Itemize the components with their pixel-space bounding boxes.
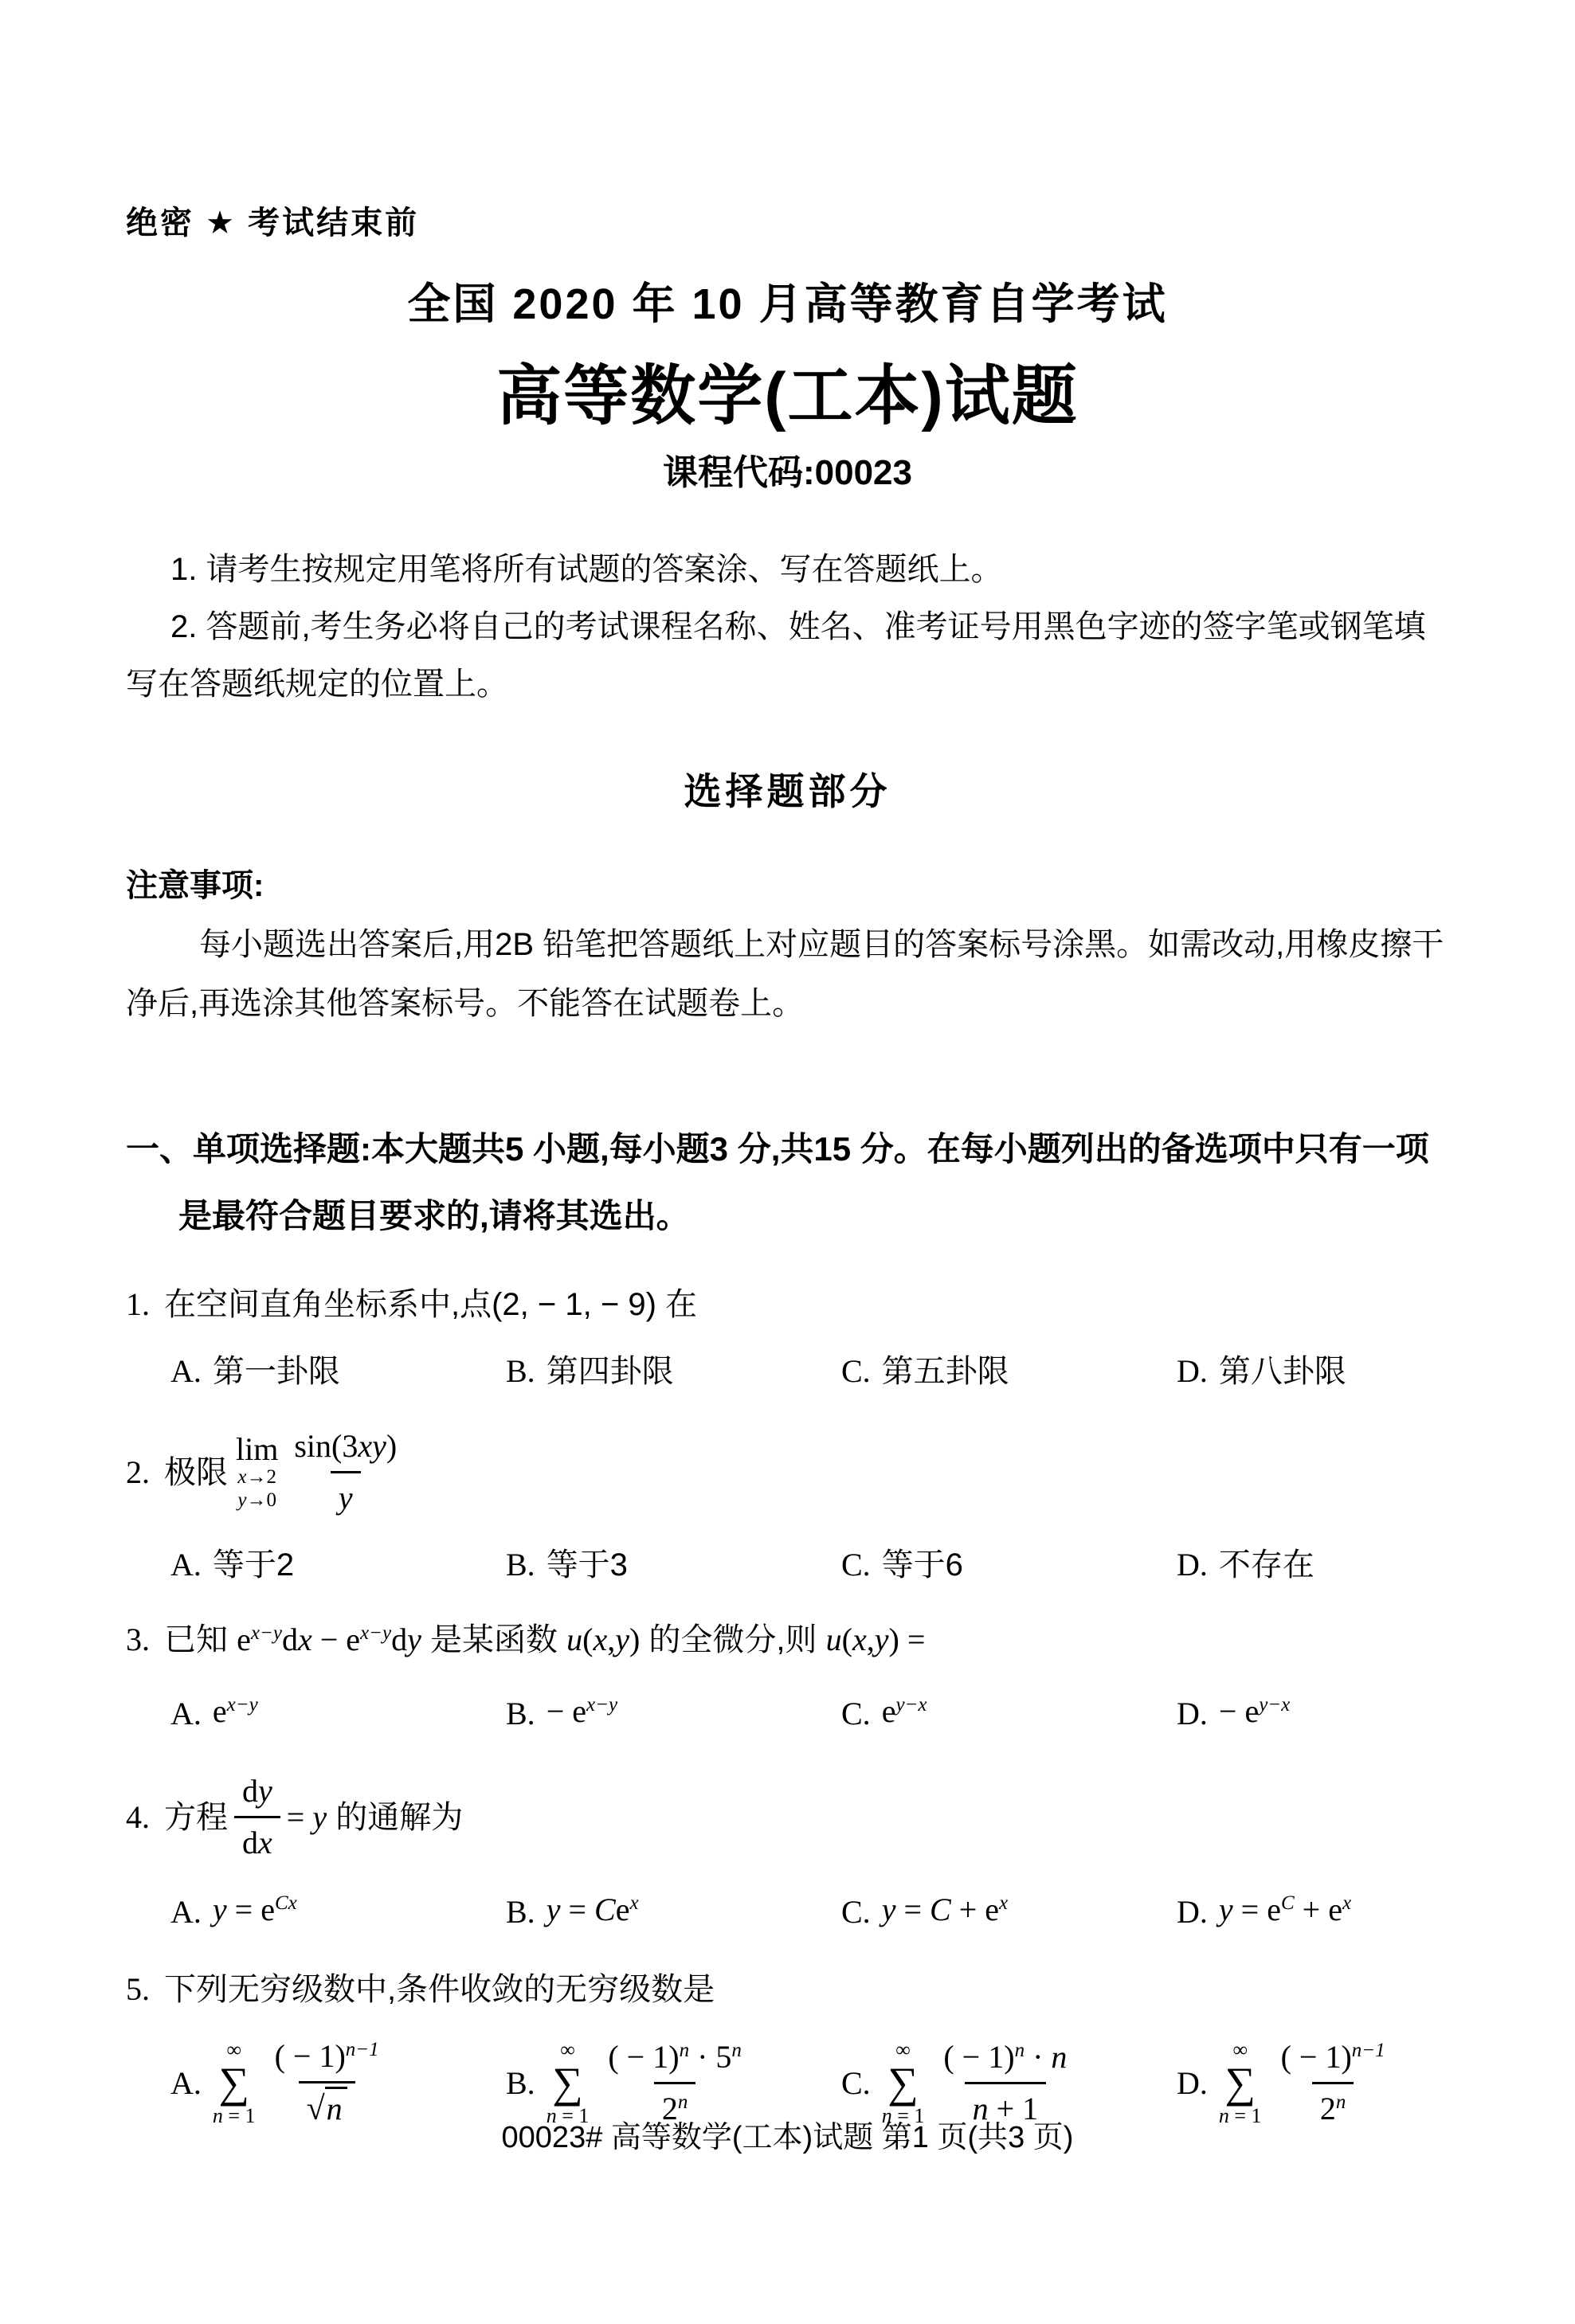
exam-title: 全国 2020 年 10 月高等教育自学考试 xyxy=(126,270,1449,331)
question-2-options: A. 等于2 B. 等于3 C. 等于6 D. 不存在 xyxy=(170,1545,1449,1585)
instruction-2: 2. 答题前,考生务必将自己的考试课程名称、姓名、准考证号用黑色字迹的签字笔或钢… xyxy=(126,598,1449,713)
option-5d-label: D. xyxy=(1177,2064,1208,2103)
option-1c: C. 第五卦限 xyxy=(841,1352,1177,1391)
option-1c-text: 第五卦限 xyxy=(882,1352,1009,1391)
summation-upper: ∞ xyxy=(895,2040,911,2060)
option-4b-text: y = Cex xyxy=(547,1890,639,1935)
option-2a: A. 等于2 xyxy=(170,1545,506,1585)
option-3b: B. − ex−y xyxy=(506,1692,841,1736)
sigma-icon: ∑ xyxy=(887,2060,919,2106)
option-3d-text: − ey−x xyxy=(1219,1692,1290,1736)
summation-upper: ∞ xyxy=(226,2040,241,2060)
option-1d-label: D. xyxy=(1177,1352,1208,1391)
limit-word: lim xyxy=(236,1434,278,1465)
limit-subscript-x: x→2 xyxy=(237,1465,276,1489)
question-5: 5.下列无穷级数中,条件收敛的无穷级数是 A. ∞ ∑ n = 1 ( − 1)… xyxy=(126,1970,1449,2130)
sigma-icon: ∑ xyxy=(218,2060,249,2106)
option-5a-label: A. xyxy=(170,2064,202,2103)
question-1: 1.在空间直角坐标系中,点(2, − 1, − 9) 在 A. 第一卦限 B. … xyxy=(126,1285,1449,1391)
option-4d: D. y = eC + ex xyxy=(1177,1890,1351,1935)
summation-upper: ∞ xyxy=(1232,2040,1248,2060)
option-2b-text: 等于3 xyxy=(547,1545,628,1585)
option-2b: B. 等于3 xyxy=(506,1545,841,1585)
option-1a-label: A. xyxy=(170,1352,202,1391)
option-3b-label: B. xyxy=(506,1694,535,1734)
question-5-text: 下列无穷级数中,条件收敛的无穷级数是 xyxy=(164,1972,715,2007)
question-3-stem: 3.已知 ex−ydx − ex−ydy 是某函数 u(x,y) 的全微分,则 … xyxy=(126,1620,1449,1665)
limit-subscript-y: y→0 xyxy=(237,1489,276,1512)
option-1d: D. 第八卦限 xyxy=(1177,1352,1346,1391)
limit-operator: lim x→2 y→0 xyxy=(236,1434,278,1512)
option-4a-label: A. xyxy=(170,1892,202,1932)
fraction-numerator: sin(3xy) xyxy=(286,1426,405,1471)
option-1a: A. 第一卦限 xyxy=(170,1352,506,1391)
option-1b: B. 第四卦限 xyxy=(506,1352,841,1391)
option-2d: D. 不存在 xyxy=(1177,1545,1314,1585)
page-content: 绝密 ★ 考试结束前 全国 2020 年 10 月高等教育自学考试 高等数学(工… xyxy=(0,0,1575,2130)
sigma-icon: ∑ xyxy=(552,2060,583,2106)
option-2c-text: 等于6 xyxy=(882,1545,963,1585)
question-1-stem: 1.在空间直角坐标系中,点(2, − 1, − 9) 在 xyxy=(126,1285,1449,1324)
option-3a-label: A. xyxy=(170,1694,202,1734)
option-3a-text: ex−y xyxy=(213,1692,258,1736)
option-1b-text: 第四卦限 xyxy=(547,1352,674,1391)
question-5-number: 5. xyxy=(126,1970,150,2009)
fraction-numerator: ( − 1)n−1 xyxy=(1273,2037,1393,2082)
fraction: sin(3xy) y xyxy=(286,1426,405,1518)
paper-title: 高等数学(工本)试题 xyxy=(126,344,1449,437)
option-4a: A. y = eCx xyxy=(170,1890,506,1935)
option-2a-text: 等于2 xyxy=(213,1545,294,1585)
option-4d-text: y = eC + ex xyxy=(1219,1890,1351,1935)
option-1d-text: 第八卦限 xyxy=(1219,1352,1346,1391)
question-3: 3.已知 ex−ydx − ex−ydy 是某函数 u(x,y) 的全微分,则 … xyxy=(126,1620,1449,1736)
option-4a-text: y = eCx xyxy=(213,1890,297,1935)
option-2c: C. 等于6 xyxy=(841,1545,1177,1585)
question-4-number: 4. xyxy=(126,1798,150,1837)
option-5c-label: C. xyxy=(841,2064,871,2103)
option-1a-text: 第一卦限 xyxy=(213,1352,340,1391)
option-4c-label: C. xyxy=(841,1892,871,1932)
exam-paper-page: 绝密 ★ 考试结束前 全国 2020 年 10 月高等教育自学考试 高等数学(工… xyxy=(0,0,1575,2324)
option-3d-label: D. xyxy=(1177,1694,1208,1734)
question-2-stem: 2. 极限 lim x→2 y→0 sin(3xy) y xyxy=(126,1426,1449,1518)
fraction-numerator: dy xyxy=(234,1771,280,1816)
notice-body: 每小题选出答案后,用2B 铅笔把答题纸上对应题目的答案标号涂黑。如需改动,用橡皮… xyxy=(126,915,1449,1033)
option-2c-label: C. xyxy=(841,1545,871,1585)
option-4d-label: D. xyxy=(1177,1892,1208,1932)
question-2: 2. 极限 lim x→2 y→0 sin(3xy) y A. 等于2 xyxy=(126,1426,1449,1585)
option-4b: B. y = Cex xyxy=(506,1890,841,1935)
question-1-text: 在空间直角坐标系中,点(2, − 1, − 9) 在 xyxy=(164,1287,697,1322)
fraction-numerator: ( − 1)n−1 xyxy=(267,2036,387,2081)
fraction-numerator: ( − 1)n · n xyxy=(935,2037,1075,2082)
option-1c-label: C. xyxy=(841,1352,871,1391)
question-4: 4. 方程 dy dx = y 的通解为 A. y = eCx B. y = C… xyxy=(126,1771,1449,1935)
fraction-denominator: y xyxy=(331,1471,361,1518)
option-2a-label: A. xyxy=(170,1545,202,1585)
option-2d-label: D. xyxy=(1177,1545,1208,1585)
notice-heading: 注意事项: xyxy=(126,860,1449,906)
option-3c: C. ey−x xyxy=(841,1692,1177,1736)
part-one-heading: 一、单项选择题:本大题共5 小题,每小题3 分,共15 分。在每小题列出的备选项… xyxy=(126,1116,1449,1250)
option-2d-text: 不存在 xyxy=(1219,1545,1314,1585)
option-5b-label: B. xyxy=(506,2064,535,2103)
question-1-options: A. 第一卦限 B. 第四卦限 C. 第五卦限 D. 第八卦限 xyxy=(170,1352,1449,1391)
option-4b-label: B. xyxy=(506,1892,535,1932)
option-4c-text: y = C + ex xyxy=(882,1890,1008,1935)
question-3-text: 已知 ex−ydx − ex−ydy 是某函数 u(x,y) 的全微分,则 u(… xyxy=(164,1622,925,1657)
question-5-stem: 5.下列无穷级数中,条件收敛的无穷级数是 xyxy=(126,1970,1449,2009)
question-2-pretext: 极限 xyxy=(164,1453,228,1493)
question-2-number: 2. xyxy=(126,1453,150,1493)
course-code: 课程代码:00023 xyxy=(126,444,1449,495)
instruction-1: 1. 请考生按规定用笔将所有试题的答案涂、写在答题纸上。 xyxy=(126,541,1449,598)
option-3c-label: C. xyxy=(841,1694,871,1734)
derivative-fraction: dy dx xyxy=(234,1771,280,1863)
question-4-posttext: = y 的通解为 xyxy=(287,1798,463,1837)
fraction-numerator: ( − 1)n · 5n xyxy=(600,2037,750,2082)
option-4c: C. y = C + ex xyxy=(841,1890,1177,1935)
option-3b-text: − ex−y xyxy=(547,1692,617,1736)
option-3c-text: ey−x xyxy=(882,1692,927,1736)
page-footer: 00023# 高等数学(工本)试题 第1 页(共3 页) xyxy=(0,2112,1575,2156)
option-1b-label: B. xyxy=(506,1352,535,1391)
option-3d: D. − ey−x xyxy=(1177,1692,1290,1736)
sigma-icon: ∑ xyxy=(1224,2060,1256,2106)
question-3-number: 3. xyxy=(126,1620,150,1660)
question-1-number: 1. xyxy=(126,1285,150,1324)
question-4-stem: 4. 方程 dy dx = y 的通解为 xyxy=(126,1771,1449,1863)
question-4-pretext: 方程 xyxy=(164,1798,228,1837)
option-2b-label: B. xyxy=(506,1545,535,1585)
classification-label: 绝密 ★ 考试结束前 xyxy=(126,0,1449,243)
option-3a: A. ex−y xyxy=(170,1692,506,1736)
question-3-options: A. ex−y B. − ex−y C. ey−x D. − ey−x xyxy=(170,1692,1449,1736)
summation-upper: ∞ xyxy=(560,2040,575,2060)
section-title: 选择题部分 xyxy=(126,762,1449,816)
question-4-options: A. y = eCx B. y = Cex C. y = C + ex D. y… xyxy=(170,1890,1449,1935)
fraction-denominator: dx xyxy=(234,1816,280,1863)
